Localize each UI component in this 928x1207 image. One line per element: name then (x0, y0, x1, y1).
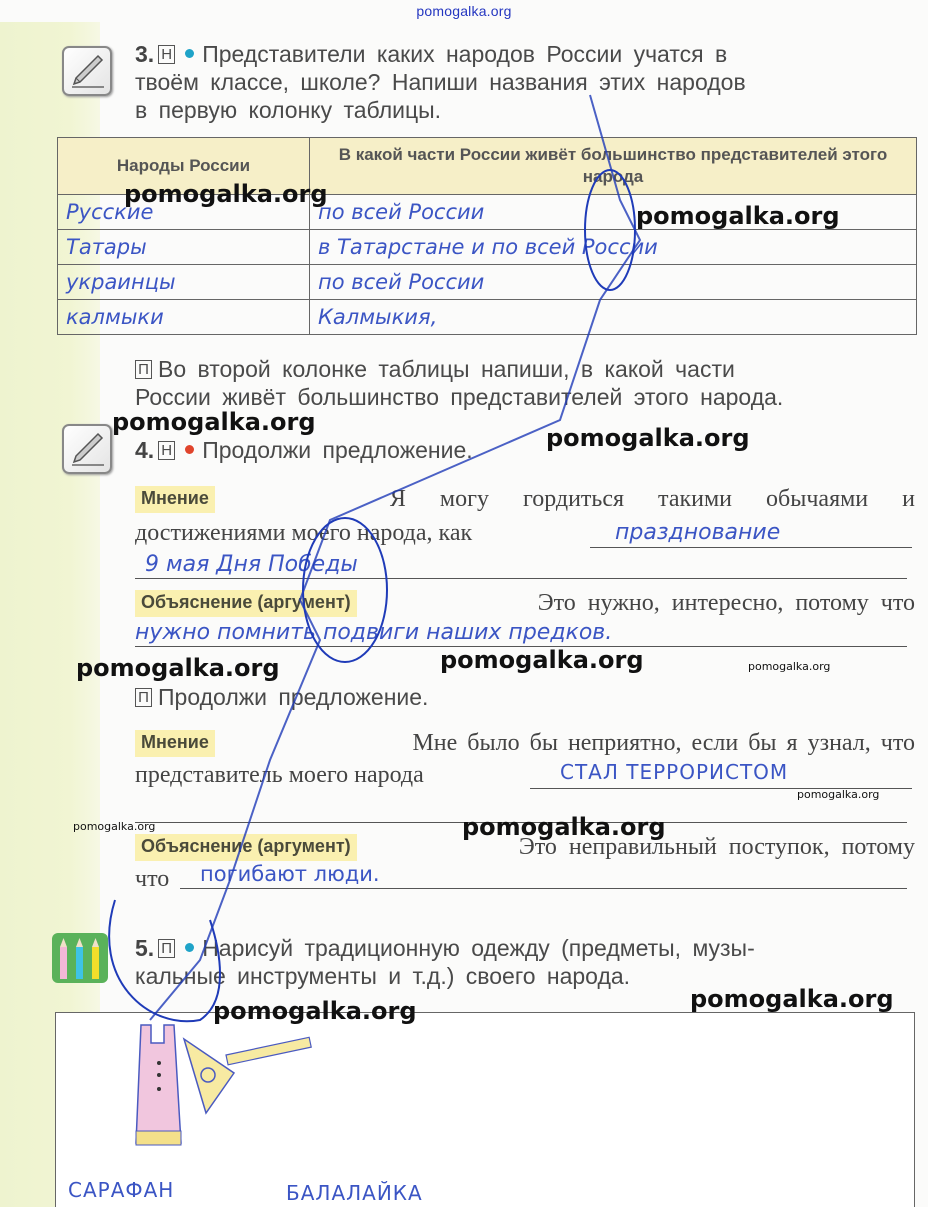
task4-sub-line: ППродолжи предложение. (135, 684, 428, 711)
explain1-answer-line[interactable]: нужно помнить подвиги наших предков. (135, 620, 907, 647)
explain1-line: Объяснение (аргумент) Это нужно, интерес… (135, 590, 915, 617)
task4-number: 4. (135, 437, 154, 463)
watermark: pomogalka.org (213, 997, 417, 1025)
peoples-table: Народы России В какой части России живёт… (57, 137, 917, 335)
opinion-label: Мнение (135, 730, 215, 757)
watermark: pomogalka.org (462, 813, 666, 841)
table-cell[interactable]: калмыки (58, 300, 310, 335)
task5-number: 5. (135, 935, 154, 961)
watermark: pomogalka.org (636, 202, 840, 230)
pencil-icon (62, 424, 112, 474)
table-cell[interactable]: по всей России (310, 265, 917, 300)
task5-dot-icon (185, 943, 194, 952)
watermark: pomogalka.org (797, 788, 879, 801)
opinion2-text1: Мне было бы неприятно, если бы я узнал, … (412, 730, 915, 757)
answer1-text1: празднование (590, 520, 780, 545)
colored-pencils-icon (52, 933, 108, 983)
watermark-top: pomogalka.org (0, 3, 928, 19)
task4-sub-title: Продолжи предложение. (158, 684, 428, 710)
table-row: калмыки Калмыкия, (58, 300, 917, 335)
task3-line1: 3.НПредставители каких народов России уч… (135, 41, 727, 68)
sarafan-drawing (136, 1025, 181, 1143)
task3-sub-line1: ПВо второй колонке таблицы напиши, в как… (135, 356, 735, 383)
task5-line2: кальные инструменты и т.д.) своего народ… (135, 963, 630, 990)
task3-line3: в первую колонку таблицы. (135, 97, 441, 124)
task4-title: Продолжи предложение. (202, 437, 472, 463)
table-cell[interactable]: украинцы (58, 265, 310, 300)
table-cell[interactable]: Калмыкия, (310, 300, 917, 335)
watermark: pomogalka.org (440, 646, 644, 674)
watermark: pomogalka.org (124, 180, 328, 208)
task3-line2: твоём классе, школе? Напиши названия эти… (135, 69, 746, 96)
table-row: украинцы по всей России (58, 265, 917, 300)
task3-sub-badge: П (135, 360, 152, 379)
opinion2-text2: представитель моего народа (135, 762, 424, 789)
caption-balalaika: БАЛАЛАЙКА (286, 1181, 423, 1205)
watermark: pomogalka.org (112, 408, 316, 436)
answer2-text1: СТАЛ ТЕРРОРИСТОМ (530, 760, 788, 784)
caption-sarafan: САРАФАН (68, 1178, 174, 1202)
opinion-label: Мнение (135, 486, 215, 513)
opinion1-line1: Мнение Я могу гордиться такими обычаями … (135, 486, 915, 513)
explain1-answer: нужно помнить подвиги наших предков. (135, 620, 612, 645)
drawing-area[interactable]: САРАФАН БАЛАЛАЙКА (55, 1012, 915, 1207)
task5-text: Нарисуй традиционную одежду (предметы, м… (202, 935, 755, 961)
pencil-icon (62, 46, 112, 96)
table-row: Татары в Татарстане и по всей России (58, 230, 917, 265)
answer1-text2: 9 мая Дня Победы (135, 552, 358, 577)
answer2-line1[interactable]: СТАЛ ТЕРРОРИСТОМ (530, 760, 912, 789)
task4-sub-badge: П (135, 688, 152, 707)
task5-line1: 5.ПНарисуй традиционную одежду (предметы… (135, 935, 755, 962)
opinion1-text1: Я могу гордиться такими обычаями и (390, 486, 915, 513)
explain2-answer-line[interactable]: погибают люди. (180, 862, 907, 889)
table-cell[interactable]: Татары (58, 230, 310, 265)
watermark: pomogalka.org (73, 820, 155, 833)
opinion2-line1: Мнение Мне было бы неприятно, если бы я … (135, 730, 915, 757)
explain-label: Объяснение (аргумент) (135, 834, 357, 861)
task3-number: 3. (135, 41, 154, 67)
explain1-text: Это нужно, интересно, потому что (538, 590, 915, 617)
task4-dot-icon (185, 445, 194, 454)
explain2-answer: погибают люди. (180, 862, 380, 886)
task4-title-line: 4.НПродолжи предложение. (135, 437, 473, 464)
watermark: pomogalka.org (748, 660, 830, 673)
table-header-region: В какой части России живёт большинство п… (310, 138, 917, 195)
task3-text: Представители каких народов России учатс… (202, 41, 727, 67)
watermark: pomogalka.org (76, 654, 280, 682)
task3-dot-icon (185, 49, 194, 58)
task4-badge: Н (158, 441, 175, 460)
watermark: pomogalka.org (546, 424, 750, 452)
table-cell[interactable]: в Татарстане и по всей России (310, 230, 917, 265)
task3-sub-line2: России живёт большинство представителей … (135, 384, 783, 411)
balalaika-drawing (184, 1039, 234, 1113)
answer1-line2[interactable]: 9 мая Дня Победы (135, 552, 907, 579)
answer1-line1[interactable]: празднование (590, 520, 912, 548)
explain2-prefix: что (135, 866, 169, 893)
explain-label: Объяснение (аргумент) (135, 590, 357, 617)
drawing-sketches (56, 1013, 914, 1207)
opinion1-text2: достижениями моего народа, как (135, 520, 472, 547)
task3-sub-text: Во второй колонке таблицы напиши, в како… (158, 356, 735, 382)
watermark: pomogalka.org (690, 985, 894, 1013)
task5-badge: П (158, 939, 175, 958)
task3-badge: Н (158, 45, 175, 64)
